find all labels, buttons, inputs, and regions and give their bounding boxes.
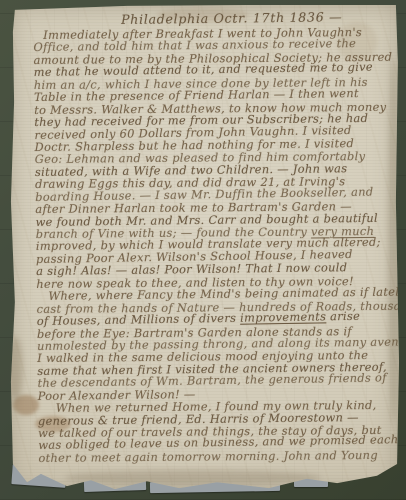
letter-line: after Dinner Harlan took me to Bartram's…	[35, 200, 391, 216]
underlined-text: improvements	[240, 309, 326, 324]
letter-page: Philadelphia Octr. 17th 1836 —Immediatel…	[7, 2, 401, 494]
photo-background: Philadelphia Octr. 17th 1836 —Immediatel…	[0, 0, 406, 500]
letter-line: before the Eye: Bartram's Garden alone s…	[37, 324, 393, 340]
letter-line: to Messrs. Walker & Matthews, to know ho…	[34, 100, 390, 116]
letter-body: Philadelphia Octr. 17th 1836 —Immediatel…	[33, 10, 394, 465]
paper-stain	[65, 470, 321, 485]
paper-stain	[13, 395, 39, 415]
letter-line: other to meet again tomorrow morning. Jo…	[38, 449, 394, 465]
letter-line: Immediately after Breakfast I went to Jo…	[33, 26, 389, 42]
letter-line: branch of Vine with us; — found the Coun…	[36, 225, 392, 241]
letter-line: him an a/c, which I have since done by l…	[34, 76, 390, 92]
letter-line: When we returned Home, I found my own tr…	[38, 399, 394, 415]
underlined-text: very much	[311, 224, 374, 239]
paper-stain	[8, 337, 23, 401]
letter-line: here now speak to thee, and listen to th…	[36, 274, 392, 290]
